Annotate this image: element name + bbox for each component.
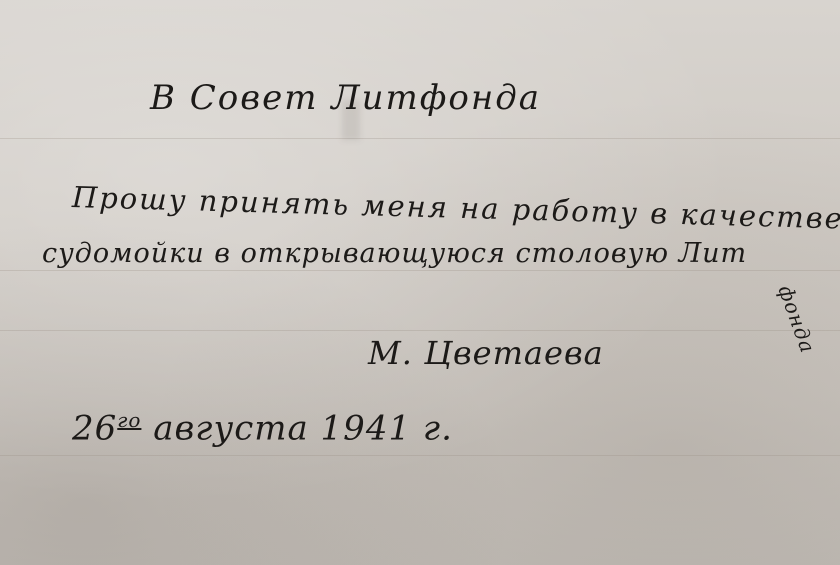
ruled-line xyxy=(0,138,840,139)
signature: М. Цветаева xyxy=(368,334,604,372)
body-line-1: Прошу принять меня на работу в качестве xyxy=(72,180,840,236)
ruled-line xyxy=(0,455,840,456)
date-suffix: го xyxy=(117,408,141,432)
ruled-line xyxy=(0,330,840,331)
handwritten-document: В Совет Литфонда Прошу принять меня на р… xyxy=(0,0,840,565)
ruled-line xyxy=(0,270,840,271)
body-line-2: судомойки в открывающуюся столовую Лит xyxy=(42,238,747,269)
date-rest: августа 1941 г. xyxy=(141,408,452,448)
addressee-line: В Совет Литфонда xyxy=(150,78,541,118)
date-day: 26 xyxy=(72,408,117,448)
body-line-2-tail: фонда xyxy=(773,282,820,356)
date-line: 26го августа 1941 г. xyxy=(72,408,453,448)
